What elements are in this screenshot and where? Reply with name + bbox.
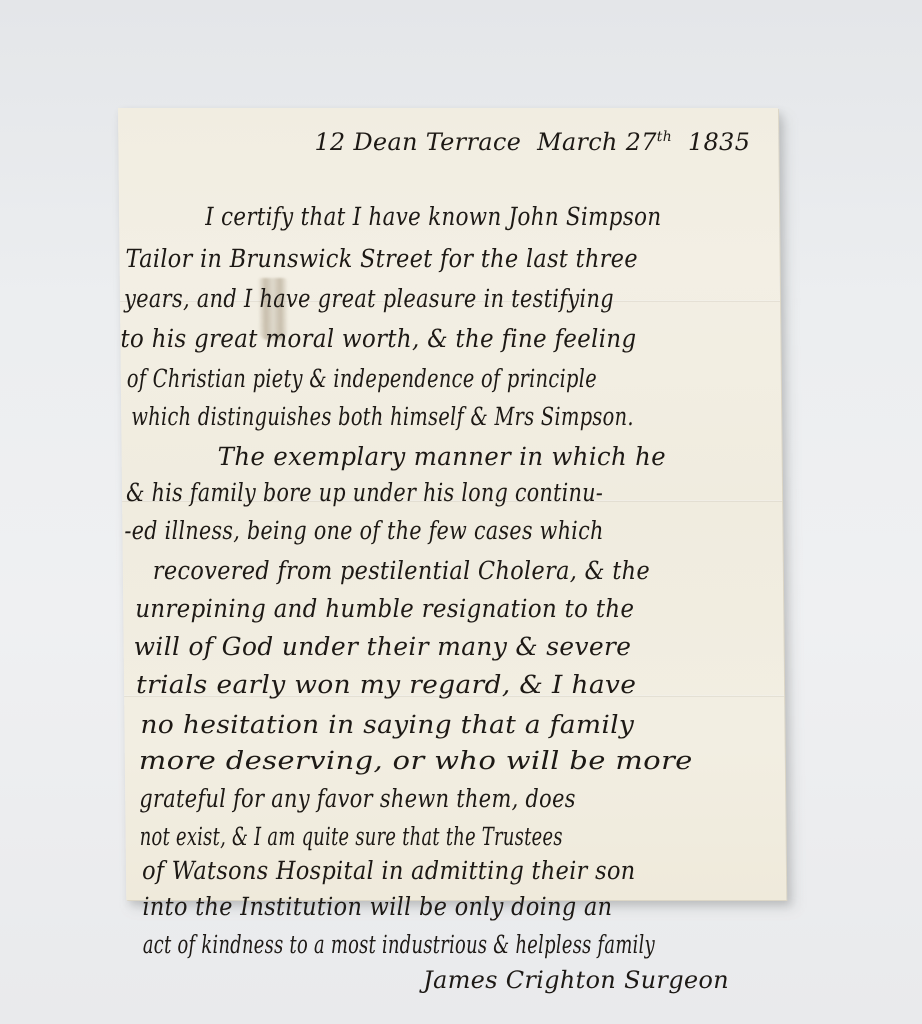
body-line: The exemplary manner in which he [217,442,666,471]
body-line: recovered from pestilential Cholera, & t… [153,556,650,585]
body-line: more deserving, or who will be more [139,746,693,775]
body-line: unrepining and humble resignation to the [135,594,634,623]
body-line: no hesitation in saying that a family [140,710,634,739]
body-line: will of God under their many & severe [133,632,631,661]
body-line: -ed illness, being one of the few cases … [124,516,603,545]
body-line: to his great moral worth, & the fine fee… [120,324,636,353]
letter-paper: 12 Dean Terrace March 27th 1835 I certif… [118,108,786,900]
header-date-suffix: th [657,129,672,145]
header-address: 12 Dean Terrace [314,128,521,156]
header-year: 1835 [688,128,751,156]
body-line: I certify that I have known John Simpson [205,202,662,231]
letter-header: 12 Dean Terrace March 27th 1835 [314,128,750,156]
body-line: grateful for any favor shewn them, does [139,784,576,813]
body-line: of Watsons Hospital in admitting their s… [142,856,636,885]
body-line: Tailor in Brunswick Street for the last … [125,244,638,273]
signature: James Crighton Surgeon [423,966,729,994]
body-line: trials early won my regard, & I have [136,670,637,699]
body-line: years, and I have great pleasure in test… [124,284,614,313]
body-line: into the Institution will be only doing … [142,892,612,921]
body-line: not exist, & I am quite sure that the Tr… [139,822,562,851]
body-line: & his family bore up under his long cont… [126,478,603,507]
body-line: act of kindness to a most industrious & … [143,930,655,959]
body-line: of Christian piety & independence of pri… [127,364,597,393]
header-date: March 27 [537,128,657,156]
body-line: which distinguishes both himself & Mrs S… [131,402,634,431]
